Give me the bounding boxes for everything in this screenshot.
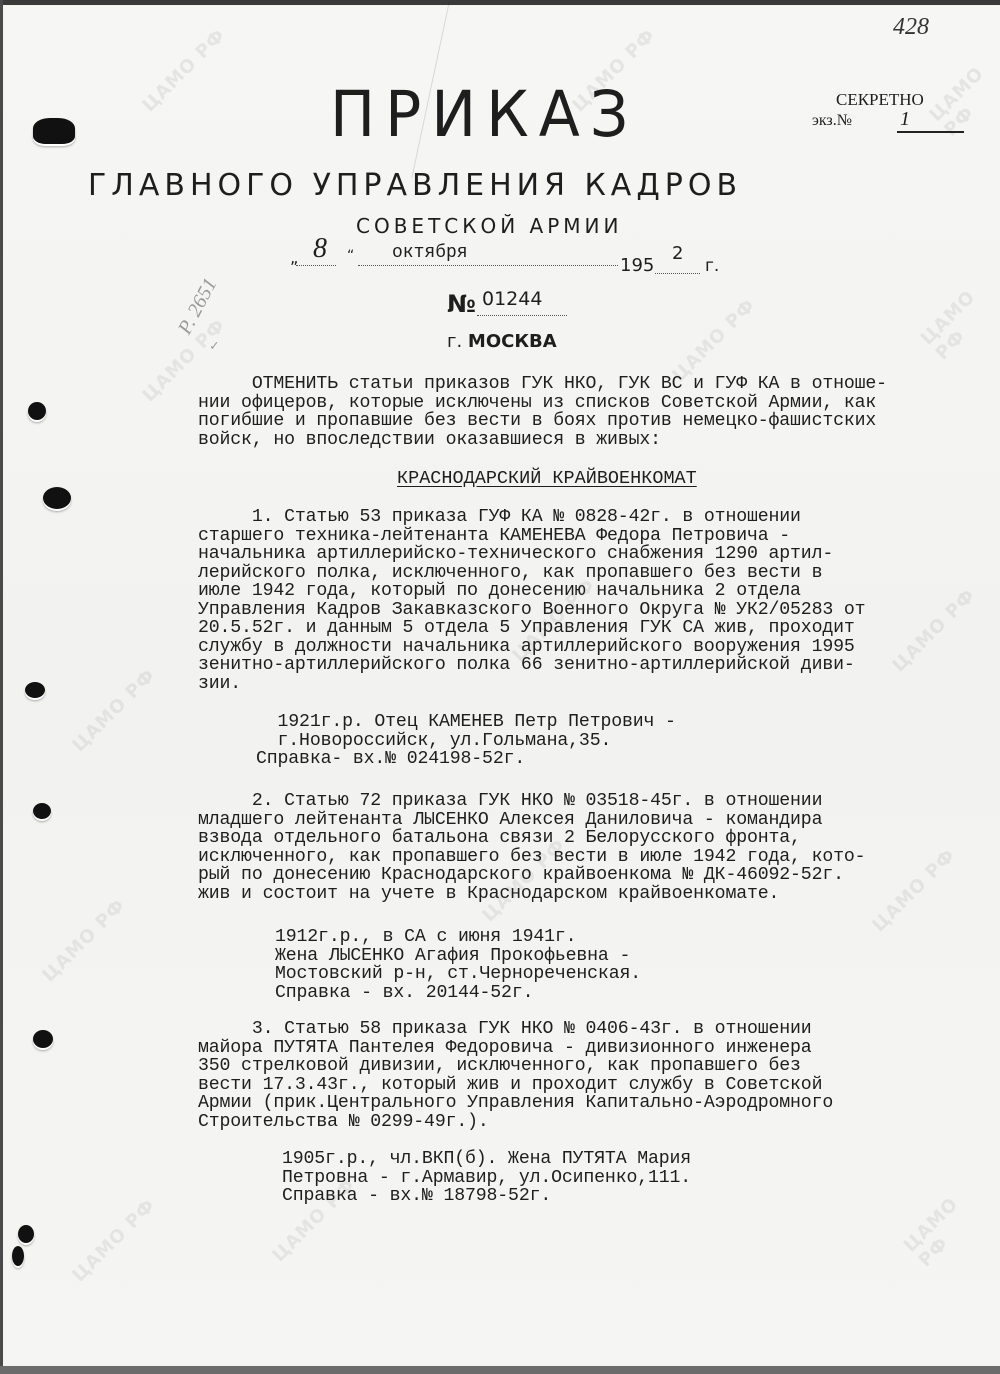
text-line: рый по донесению Краснодарского крайвоен… bbox=[198, 866, 865, 885]
text-line: июле 1942 года, который по донесению нач… bbox=[198, 582, 865, 601]
text-line: лерийского полка, исключенного, как проп… bbox=[198, 564, 865, 583]
text-line: 1905г.р., чл.ВКП(б). Жена ПУТЯТА Мария bbox=[282, 1150, 691, 1169]
text-line: 2. Статью 72 приказа ГУК НКО № 03518-45г… bbox=[198, 792, 865, 811]
issuer-line-2: СОВЕТСКОЙ АРМИИ bbox=[356, 214, 622, 238]
date-year-digit: 2 bbox=[672, 243, 683, 264]
text-line: 1. Статью 53 приказа ГУФ КА № 0828-42г. … bbox=[198, 508, 865, 527]
text-line: нии офицеров, которые исключены из списк… bbox=[198, 394, 887, 413]
date-month: октября bbox=[392, 243, 468, 263]
text-line: Управления Кадров Закавказского Военного… bbox=[198, 601, 865, 620]
text-line: начальника артиллерийско-технического сн… bbox=[198, 545, 865, 564]
punch-hole bbox=[43, 487, 71, 509]
date-year-prefix: 195 bbox=[620, 255, 654, 276]
text-line: зенитно-артиллерийского полка 66 зенитно… bbox=[198, 656, 865, 675]
date-day-line bbox=[296, 265, 336, 266]
order-number: 01244 bbox=[482, 288, 542, 310]
order-item-3: 3. Статью 58 приказа ГУК НКО № 0406-43г.… bbox=[198, 1020, 833, 1131]
text-line: службу в должности начальника артиллерий… bbox=[198, 638, 865, 657]
city-name: МОСКВА bbox=[468, 331, 557, 352]
sheet-number: 428 bbox=[893, 14, 929, 41]
text-line: 350 стрелковой дивизии, исключенного, ка… bbox=[198, 1057, 833, 1076]
issuer-line-1: ГЛАВНОГО УПРАВЛЕНИЯ КАДРОВ bbox=[88, 168, 742, 203]
text-line: исключенного, как пропавшего без вести в… bbox=[198, 848, 865, 867]
date-month-line bbox=[358, 265, 618, 266]
text-line: г.Новороссийск, ул.Гольмана,35. bbox=[256, 732, 676, 751]
text-line: старшего техника-лейтенанта КАМЕНЕВА Фед… bbox=[198, 527, 865, 546]
scan-edge-top bbox=[0, 0, 1000, 5]
text-line: Справка - вх.№ 18798-52г. bbox=[282, 1187, 691, 1206]
punch-hole bbox=[33, 1030, 53, 1048]
scan-edge-bottom bbox=[0, 1366, 1000, 1374]
text-line: Справка - вх. 20144-52г. bbox=[275, 984, 641, 1003]
order-item-1: 1. Статью 53 приказа ГУФ КА № 0828-42г. … bbox=[198, 508, 865, 693]
date-close-quote: “ bbox=[347, 248, 354, 264]
text-line: вести 17.3.43г., который жив и проходит … bbox=[198, 1076, 833, 1095]
punch-hole bbox=[33, 118, 75, 144]
text-line: майора ПУТЯТА Пантелея Федоровича - диви… bbox=[198, 1039, 833, 1058]
text-line: 3. Статью 58 приказа ГУК НКО № 0406-43г.… bbox=[198, 1020, 833, 1039]
text-line: Жена ЛЫСЕНКО Агафия Прокофьевна - bbox=[275, 947, 641, 966]
scan-edge-left bbox=[0, 0, 3, 1374]
text-line: младшего лейтенанта ЛЫСЕНКО Алексея Дани… bbox=[198, 811, 865, 830]
copy-number: 1 bbox=[900, 108, 910, 131]
punch-hole bbox=[18, 1225, 34, 1243]
city-prefix: г. bbox=[447, 331, 462, 352]
intro-paragraph: ОТМЕНИТЬ статьи приказов ГУК НКО, ГУК ВС… bbox=[198, 375, 887, 449]
order-item-2-notes: 1912г.р., в СА с июня 1941г.Жена ЛЫСЕНКО… bbox=[275, 928, 641, 1002]
copy-number-label: экз.№ bbox=[812, 112, 852, 130]
order-item-1-notes: 1921г.р. Отец КАМЕНЕВ Петр Петрович - г.… bbox=[256, 713, 676, 769]
text-line: 1912г.р., в СА с июня 1941г. bbox=[275, 928, 641, 947]
punch-hole bbox=[12, 1246, 24, 1266]
text-line: войск, но впоследствии оказавшиеся в жив… bbox=[198, 431, 887, 450]
order-item-2: 2. Статью 72 приказа ГУК НКО № 03518-45г… bbox=[198, 792, 865, 903]
document-title: ПРИКАЗ bbox=[330, 78, 638, 152]
city: г. МОСКВА bbox=[447, 331, 557, 352]
text-line: 20.5.52г. и данным 5 отдела 5 Управления… bbox=[198, 619, 865, 638]
check-mark-icon: ✓ bbox=[210, 338, 218, 355]
text-line: Армии (прик.Центрального Управления Капи… bbox=[198, 1094, 833, 1113]
text-line: Петровна - г.Армавир, ул.Осипенко,111. bbox=[282, 1169, 691, 1188]
punch-hole bbox=[33, 803, 51, 819]
date-day: 8 bbox=[313, 233, 327, 265]
text-line: ОТМЕНИТЬ статьи приказов ГУК НКО, ГУК ВС… bbox=[198, 375, 887, 394]
classification-stamp: СЕКРЕТНО bbox=[836, 90, 924, 110]
copy-number-underline bbox=[897, 131, 964, 133]
text-line: зии. bbox=[198, 675, 865, 694]
text-line: жив и состоит на учете в Краснодарском к… bbox=[198, 885, 865, 904]
punch-hole bbox=[28, 402, 46, 420]
date-year-line bbox=[655, 273, 700, 274]
text-line: 1921г.р. Отец КАМЕНЕВ Петр Петрович - bbox=[256, 713, 676, 732]
section-heading: КРАСНОДАРСКИЙ КРАЙВОЕНКОМАТ bbox=[397, 468, 697, 489]
text-line: Строительства № 0299-49г.). bbox=[198, 1113, 833, 1132]
text-line: Справка- вх.№ 024198-52г. bbox=[256, 750, 676, 769]
date-year-suffix: г. bbox=[705, 256, 719, 276]
order-number-label: № bbox=[447, 290, 476, 318]
text-line: погибшие и пропавшие без вести в боях пр… bbox=[198, 412, 887, 431]
text-line: Мостовский р-н, ст.Чернореченская. bbox=[275, 965, 641, 984]
text-line: взвода отдельного батальона связи 2 Бело… bbox=[198, 829, 865, 848]
order-item-3-notes: 1905г.р., чл.ВКП(б). Жена ПУТЯТА МарияПе… bbox=[282, 1150, 691, 1206]
punch-hole bbox=[25, 682, 45, 698]
order-number-line bbox=[477, 315, 567, 316]
